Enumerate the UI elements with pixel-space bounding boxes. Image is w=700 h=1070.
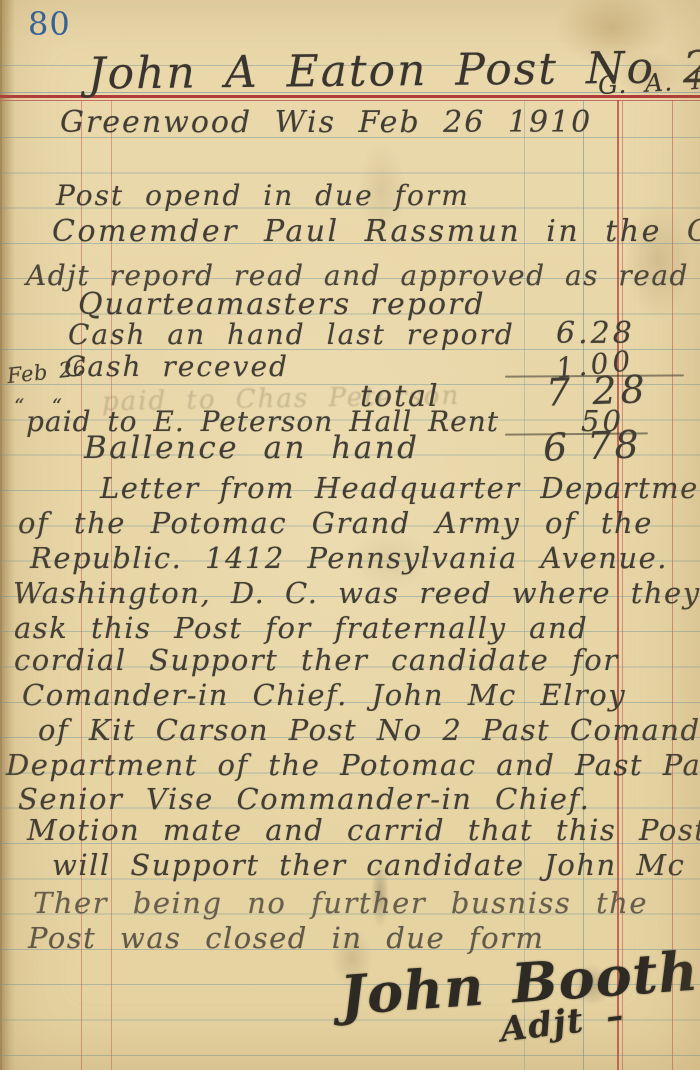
page-number: 80 xyxy=(28,8,71,40)
letter-line-3: Republic. 1412 Pennsylvania Avenue. xyxy=(30,544,668,573)
qm-row-label-2: Cash receved xyxy=(64,353,289,381)
letter-line-10: Senior Vise Commander-in Chief. xyxy=(18,785,590,814)
letter-line-6: cordial Support ther candidate for xyxy=(14,646,619,675)
qm-row-label-1: Cash an hand last repord xyxy=(68,321,515,349)
closing-line-2: Post was closed in due form xyxy=(28,924,544,953)
letter-line-1: Letter from Headquarter Department xyxy=(100,474,700,503)
minutes-opening-line-1: Post opend in due form xyxy=(56,182,470,210)
letter-line-5: ask this Post for fraternally and xyxy=(14,614,588,643)
minutes-opening-line-2: Comemder Paul Rassmun in the Chair xyxy=(52,217,700,247)
motion-line-1: Motion mate and carrid that this Post xyxy=(27,816,700,845)
letter-line-4: Washington, D. C. was reed where they xyxy=(13,579,700,608)
letter-line-2: of the Potomac Grand Army of the xyxy=(18,509,653,538)
motion-line-2: will Support ther candidate John Mc Elro… xyxy=(52,851,700,880)
qm-row-amount-5: 6 78 xyxy=(542,425,642,466)
minutes-opening-line-3: Adjt repord read and approved as read xyxy=(26,262,689,290)
dateline: Greenwood Wis Feb 26 1910 xyxy=(60,108,592,138)
letter-line-8: of Kit Carson Post No 2 Past Comander. xyxy=(38,716,700,745)
closing-line-1: Ther being no further busniss the xyxy=(33,889,648,918)
header-rule-red-thin xyxy=(0,100,700,101)
letter-line-9: Department of the Potomac and Past Past xyxy=(6,751,700,780)
ledger-page: 80 John A Eaton Post No 213 G. A. R. Gre… xyxy=(0,0,700,1070)
org-abbreviation: G. A. R. xyxy=(597,67,700,98)
letter-line-7: Comander-in Chief. John Mc Elroy xyxy=(22,681,626,710)
qm-row-label-5: Ballence an hand xyxy=(84,433,420,464)
qm-heading: Quarteamasters repord xyxy=(78,290,486,320)
